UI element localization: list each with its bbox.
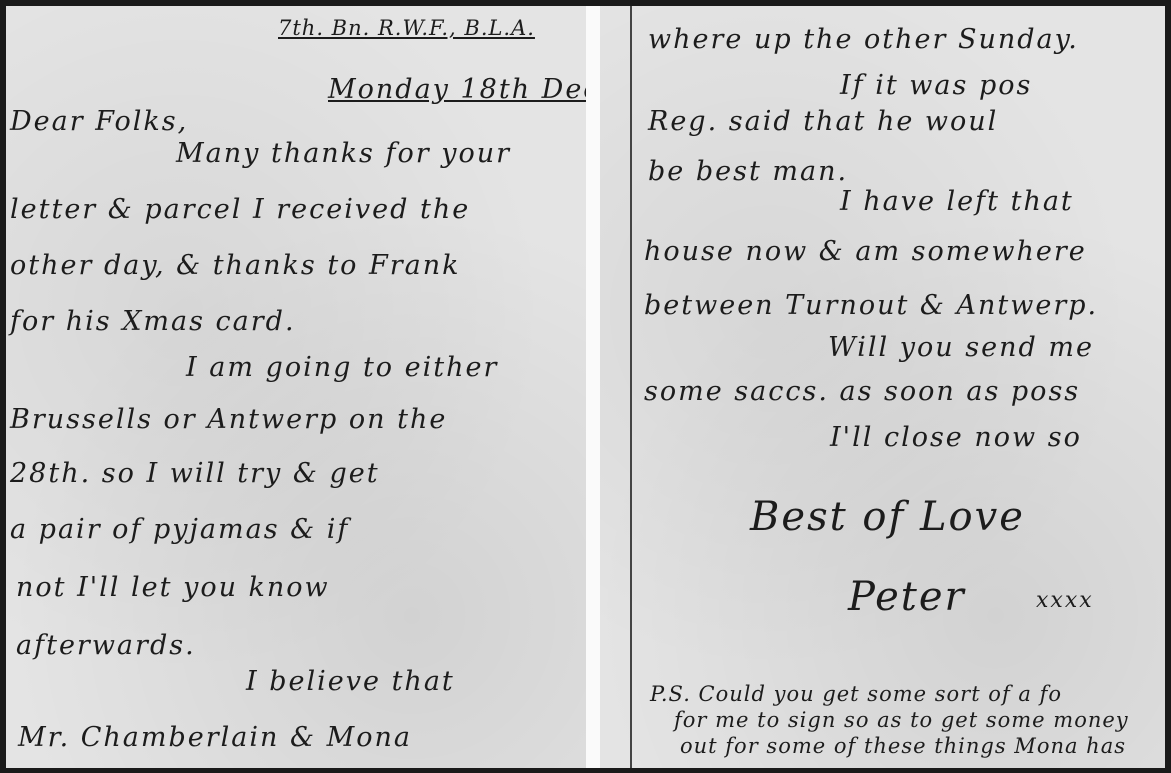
fold-line: [630, 6, 632, 768]
postscript-line: out for some of these things Mona has: [680, 734, 1126, 758]
letter-line: for his Xmas card.: [10, 306, 296, 337]
date-header: Monday 18th Dec. 44: [328, 74, 586, 105]
letter-line: where up the other Sunday.: [648, 24, 1079, 55]
kisses: xxxx: [1036, 588, 1094, 613]
letter-line: I'll close now so: [830, 422, 1082, 453]
letter-line: other day, & thanks to Frank: [10, 250, 461, 281]
letter-line: Brussells or Antwerp on the: [10, 404, 447, 435]
letter-line: Many thanks for your: [176, 138, 511, 169]
letter-line: letter & parcel I received the: [10, 194, 470, 225]
letter-line: Will you send me: [828, 332, 1094, 363]
letter-line: I have left that: [840, 186, 1074, 217]
letter-line: 28th. so I will try & get: [10, 458, 380, 489]
letter-line: Reg. said that he woul: [648, 106, 998, 137]
letter-line: a pair of pyjamas & if: [10, 514, 349, 545]
letter-line: house now & am somewhere: [644, 236, 1087, 267]
salutation: Dear Folks,: [10, 106, 188, 137]
letter-line: afterwards.: [16, 630, 196, 661]
closing: Best of Love: [750, 494, 1025, 540]
letter-line: be best man.: [648, 156, 848, 187]
page-fold: [586, 6, 600, 768]
letter-right-page: where up the other Sunday. If it was pos…: [600, 6, 1165, 768]
letter-left-page: 7th. Bn. R.W.F., B.L.A. Monday 18th Dec.…: [6, 6, 586, 768]
letter-line: between Turnout & Antwerp.: [644, 290, 1098, 321]
letter-line: If it was pos: [840, 70, 1032, 101]
postscript-line: P.S. Could you get some sort of a fo: [650, 682, 1062, 706]
letter-line: I believe that: [246, 666, 455, 697]
postscript-line: for me to sign so as to get some money: [674, 708, 1129, 732]
letter-line: some saccs. as soon as poss: [644, 376, 1080, 407]
letter-line: Mr. Chamberlain & Mona: [18, 722, 412, 753]
letter-line: not I'll let you know: [16, 572, 330, 603]
signature: Peter: [848, 574, 966, 620]
letter-line: I am going to either: [186, 352, 498, 383]
address-header: 7th. Bn. R.W.F., B.L.A.: [278, 16, 535, 40]
